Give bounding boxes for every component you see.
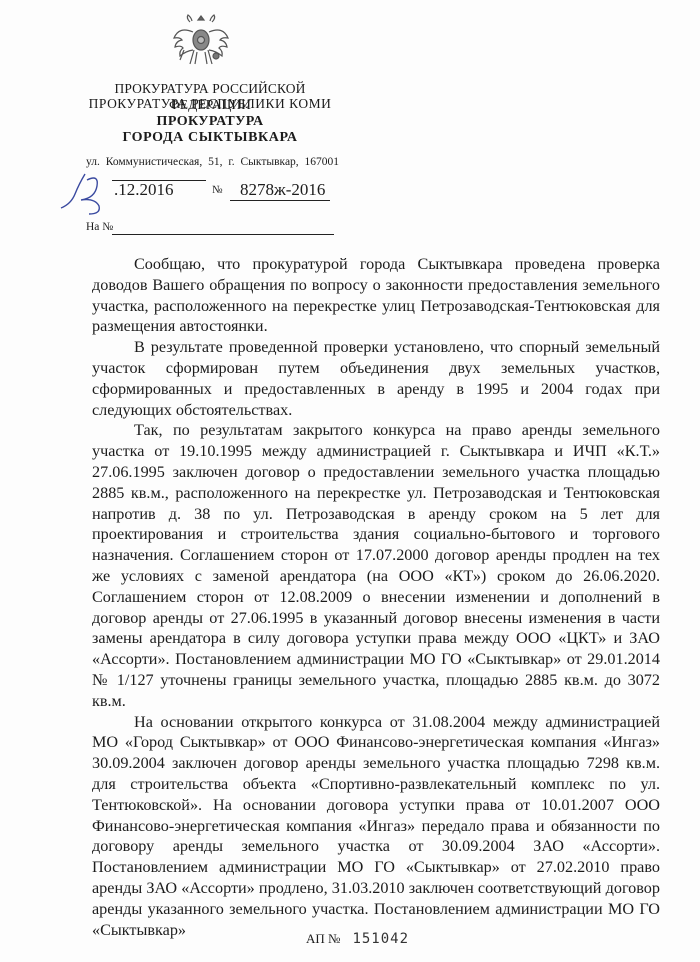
letterhead-line-4: ГОРОДА СЫКТЫВКАРА [80,130,340,146]
paragraph-4: На основании открытого конкурса от 31.08… [92,712,660,941]
outgoing-date: .12.2016 [114,180,174,200]
letter-body: Сообщаю, что прокуратурой города Сыктывк… [92,254,660,940]
paragraph-3: Так, по результатам закрытого конкурса н… [92,420,660,711]
paragraph-2: В результате проведенной проверки устано… [92,337,660,420]
letterhead-address: ул. Коммунистическая, 51, г. Сыктывкар, … [86,156,339,168]
reply-to-line: На № [86,221,113,233]
paragraph-1: Сообщаю, что прокуратурой города Сыктывк… [92,254,660,337]
reply-to-underline [112,221,334,235]
form-series-number: АП №151042 [306,931,409,947]
outgoing-number: 8278ж-2016 [240,180,325,200]
coat-of-arms-icon [172,12,230,72]
handwritten-day-signature [57,170,117,215]
reply-to-label: На № [86,221,113,233]
series-number: 151042 [352,931,409,947]
number-label: № [212,184,223,196]
series-label: АП № [306,931,340,946]
letterhead-line-2: ПРОКУРАТУРА РЕСПУБЛИКИ КОМИ [80,96,340,112]
letterhead-line-3: ПРОКУРАТУРА [80,114,340,130]
